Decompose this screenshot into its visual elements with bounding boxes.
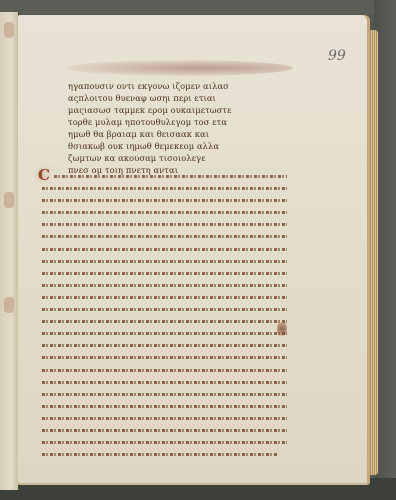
commentary-line xyxy=(42,366,287,375)
commentary-line xyxy=(42,293,287,302)
commentary-line xyxy=(42,281,287,290)
commentary-line xyxy=(42,402,287,411)
text-line: αςπλοιτου θυεναφ ωσηι περι ετιαι xyxy=(68,92,308,104)
text-line: μαςιασωσ ταμμεκ ερομ ουκαιμετωστε xyxy=(68,104,308,116)
commentary-line xyxy=(42,390,287,399)
stain xyxy=(4,297,14,313)
commentary-line xyxy=(42,305,287,314)
facing-page-edge xyxy=(0,12,19,490)
commentary-line xyxy=(42,232,287,241)
commentary-line xyxy=(42,196,287,205)
commentary-line xyxy=(42,317,287,326)
commentary-line xyxy=(42,269,287,278)
text-line: ημωθ θα βραιαμ και θεισαακ και xyxy=(68,128,308,140)
commentary-line xyxy=(42,220,287,229)
commentary-line xyxy=(42,245,287,254)
commentary-line xyxy=(54,172,287,181)
stain xyxy=(4,22,14,38)
background-top xyxy=(0,0,396,14)
folio-number: 99 xyxy=(328,48,346,64)
commentary-line xyxy=(42,353,287,362)
main-text-block: ηγαπουσιν οντι εκγονω ιζομεν αιλασ αςπλο… xyxy=(68,80,308,176)
ink-smudge xyxy=(68,60,293,76)
text-line: ζωμτων κα ακουσαμ τισοιολεγε xyxy=(68,152,308,164)
text-line: τορθε μυλαμ ηποτουθυλεγομ τοσ ετα xyxy=(68,116,308,128)
commentary-line xyxy=(42,378,287,387)
commentary-line xyxy=(42,438,287,447)
commentary-line xyxy=(42,450,277,459)
commentary-line xyxy=(42,426,287,435)
commentary-line xyxy=(42,257,287,266)
commentary-line xyxy=(42,208,287,217)
commentary-line xyxy=(42,329,287,338)
commentary-text-block xyxy=(42,172,287,462)
commentary-line xyxy=(42,414,287,423)
commentary-line xyxy=(42,184,287,193)
commentary-line xyxy=(42,341,287,350)
stain xyxy=(4,192,14,208)
text-line: ηγαπουσιν οντι εκγονω ιζομεν αιλασ xyxy=(68,80,308,92)
text-line: θσιακωβ ουκ ιημωθ θεμεκεομ αλλα xyxy=(68,140,308,152)
page-edges xyxy=(370,30,378,475)
